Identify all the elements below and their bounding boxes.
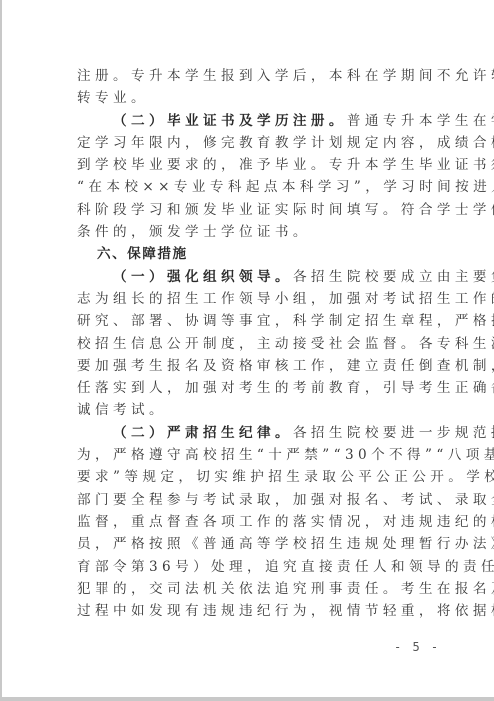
paragraph-line: 犯罪的，交司法机关依法追究刑事责任。考生在报名及考试 <box>77 578 427 600</box>
paragraph-line: 部门要全程参与考试录取，加强对报名、考试、录取全过程 <box>77 489 427 511</box>
paragraph-text: 各招生院校要成立由主要负责同 <box>293 269 494 285</box>
paragraph-line: 条件的，颁发学士学位证书。 <box>77 221 427 243</box>
paragraph-line: 过程中如发现有违规违纪行为，视情节轻重，将依据相关管 <box>77 600 427 622</box>
paragraph-line: 监督，重点督查各项工作的落实情况，对违规违纪的相关人 <box>77 511 427 533</box>
paragraph-line: 研究、部署、协调等事宜，科学制定招生章程，严格执行高 <box>77 310 427 332</box>
subsection-line-organization: （一）强化组织领导。各招生院校要成立由主要负责同 <box>77 266 427 288</box>
paragraph-line: 转专业。 <box>77 87 427 109</box>
paragraph-line: 诚信考试。 <box>77 399 427 421</box>
paragraph-line: 到学校毕业要求的，准予毕业。专升本学生毕业证书须标注 <box>77 154 427 176</box>
document-page: 注册。专升本学生报到入学后，本科在学期间不允许转学或 转专业。 （二）毕业证书及… <box>2 0 494 697</box>
paragraph-line: 校招生信息公开制度，主动接受社会监督。各专科生源院校 <box>77 333 427 355</box>
paragraph-text: 各招生院校要进一步规范招考行 <box>293 425 494 441</box>
paragraph-line: 要加强考生报名及资格审核工作，建立责任倒查机制，将责 <box>77 355 427 377</box>
paragraph-line: 为，严格遵守高校招生“十严禁”“30个不得”“八项基本 <box>77 444 427 466</box>
paragraph-line: 定学习年限内，修完教育教学计划规定内容，成绩合格，达 <box>77 132 427 154</box>
paragraph-text: 普通专升本学生在学校规 <box>347 113 494 129</box>
paragraph-line: 任落实到人，加强对考生的考前教育，引导考生正确备考、 <box>77 377 427 399</box>
paragraph-line: 员，严格按照《普通高等学校招生违规处理暂行办法》（教 <box>77 533 427 555</box>
paragraph-line: “在本校××专业专科起点本科学习”，学习时间按进入本 <box>77 176 427 198</box>
paragraph-line: 要求”等规定，切实维护招生录取公平公正公开。学校纪检 <box>77 466 427 488</box>
paragraph-line: 志为组长的招生工作领导小组，加强对考试招生工作的统筹 <box>77 288 427 310</box>
subsection-line-graduation: （二）毕业证书及学历注册。普通专升本学生在学校规 <box>77 110 427 132</box>
subsection-line-discipline: （二）严肃招生纪律。各招生院校要进一步规范招考行 <box>77 422 427 444</box>
paragraph-line: 科阶段学习和颁发毕业证实际时间填写。符合学士学位授予 <box>77 199 427 221</box>
subsection-title: （二）严肃招生纪律。 <box>113 425 293 441</box>
subsection-title: （一）强化组织领导。 <box>113 269 293 285</box>
page-bottom-border <box>0 697 494 701</box>
subsection-title: （二）毕业证书及学历注册。 <box>113 113 347 129</box>
document-body: 注册。专升本学生报到入学后，本科在学期间不允许转学或 转专业。 （二）毕业证书及… <box>77 65 427 622</box>
section-heading: 六、保障措施 <box>77 243 427 265</box>
paragraph-line: 注册。专升本学生报到入学后，本科在学期间不允许转学或 <box>77 65 427 87</box>
paragraph-line: 育部令第36号）处理，追究直接责任人和领导的责任；构成 <box>77 556 427 578</box>
page-number: - 5 - <box>394 640 440 654</box>
